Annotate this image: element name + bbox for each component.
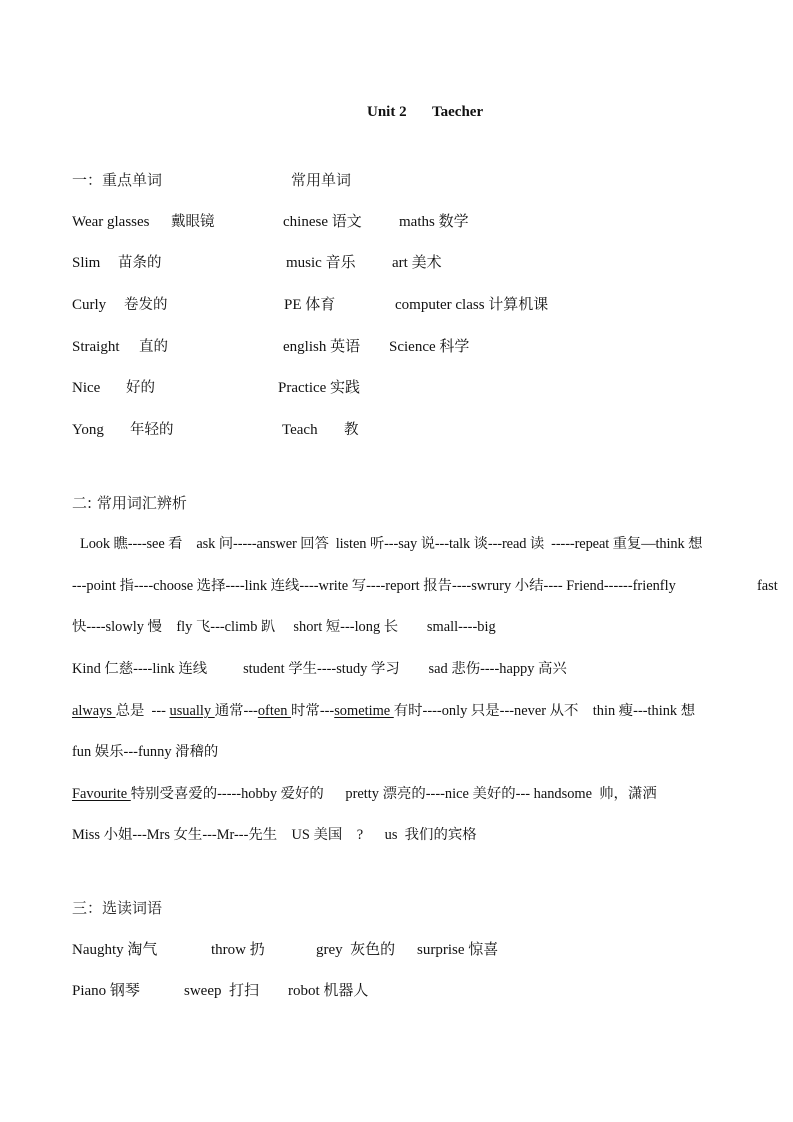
common-word: english 英语 [283, 338, 360, 356]
common-word: 教 [344, 421, 359, 439]
vocab-line: ---point 指----choose 选择----link 连线----wr… [72, 577, 676, 595]
vocab-text: 通常--- [215, 703, 258, 719]
underlined-word: Favourite [72, 786, 131, 802]
section1-heading: 一：重点单词 [72, 171, 162, 189]
optional-word: robot 机器人 [288, 982, 368, 1000]
common-word: chinese 语文 [283, 213, 362, 231]
key-word-cn: 卷发的 [124, 296, 168, 314]
key-word-en: Nice [72, 379, 100, 397]
vocab-line: 快----slowly 慢 fly 飞---climb 趴 short 短---… [72, 618, 496, 636]
document-page: Unit 2 Taecher 一：重点单词 常用单词 Wear glasses … [0, 0, 793, 1122]
vocab-line: Miss 小姐---Mrs 女生---Mr---先生 US 美国 ? us 我们… [72, 826, 477, 844]
common-word: maths 数学 [399, 213, 469, 231]
key-word-en: Curly [72, 296, 106, 314]
common-word: Practice 实践 [278, 379, 360, 397]
optional-word: throw 扔 [211, 941, 265, 959]
key-word-cn: 苗条的 [118, 254, 162, 272]
vocab-text: 时常--- [291, 703, 334, 719]
frequency-adverbs-line: always 总是 --- usually 通常---often 时常---so… [72, 702, 695, 720]
key-word-cn: 好的 [126, 379, 155, 397]
key-word-en: Slim [72, 254, 100, 272]
vocab-text: 总是 --- [116, 703, 170, 719]
optional-word: grey 灰色的 [316, 941, 395, 959]
underlined-word: always [72, 703, 116, 719]
vocab-text: 特别受喜爱的-----hobby 爱好的 pretty 漂亮的----nice … [131, 786, 657, 802]
key-word-en: Straight [72, 338, 120, 356]
underlined-word: sometime [334, 703, 394, 719]
key-word-cn: 戴眼镜 [171, 213, 215, 231]
key-word-en: Yong [72, 421, 104, 439]
common-word: computer class 计算机课 [395, 296, 548, 314]
common-word: PE 体育 [284, 296, 335, 314]
key-word-en: Wear glasses [72, 213, 150, 231]
vocab-line: fun 娱乐---funny 滑稽的 [72, 743, 218, 761]
title-topic: Taecher [432, 103, 483, 121]
optional-word: surprise 惊喜 [417, 941, 498, 959]
optional-word: sweep 打扫 [184, 982, 259, 1000]
section2-heading: 二: 常用词汇辨析 [72, 494, 187, 512]
favourite-line: Favourite 特别受喜爱的-----hobby 爱好的 pretty 漂亮… [72, 785, 657, 803]
vocab-text: 有时----only 只是---never 从不 thin 瘦---think … [394, 703, 695, 719]
vocab-line: Look 瞧----see 看 ask 问-----answer 回答 list… [80, 535, 702, 553]
optional-word: Piano 钢琴 [72, 982, 140, 1000]
underlined-word: often [258, 703, 291, 719]
section1-subheading: 常用单词 [291, 171, 351, 189]
underlined-word: usually [170, 703, 215, 719]
title-unit: Unit 2 [367, 103, 407, 121]
key-word-cn: 直的 [139, 338, 168, 356]
common-word: Science 科学 [389, 338, 469, 356]
optional-word: Naughty 淘气 [72, 941, 157, 959]
common-word: Teach [282, 421, 318, 439]
common-word: art 美术 [392, 254, 442, 272]
common-word: music 音乐 [286, 254, 356, 272]
section3-heading: 三：选读词语 [72, 899, 162, 917]
vocab-line-end: fast [757, 577, 778, 595]
key-word-cn: 年轻的 [130, 421, 174, 439]
vocab-line: Kind 仁慈----link 连线 student 学生----study 学… [72, 660, 567, 678]
